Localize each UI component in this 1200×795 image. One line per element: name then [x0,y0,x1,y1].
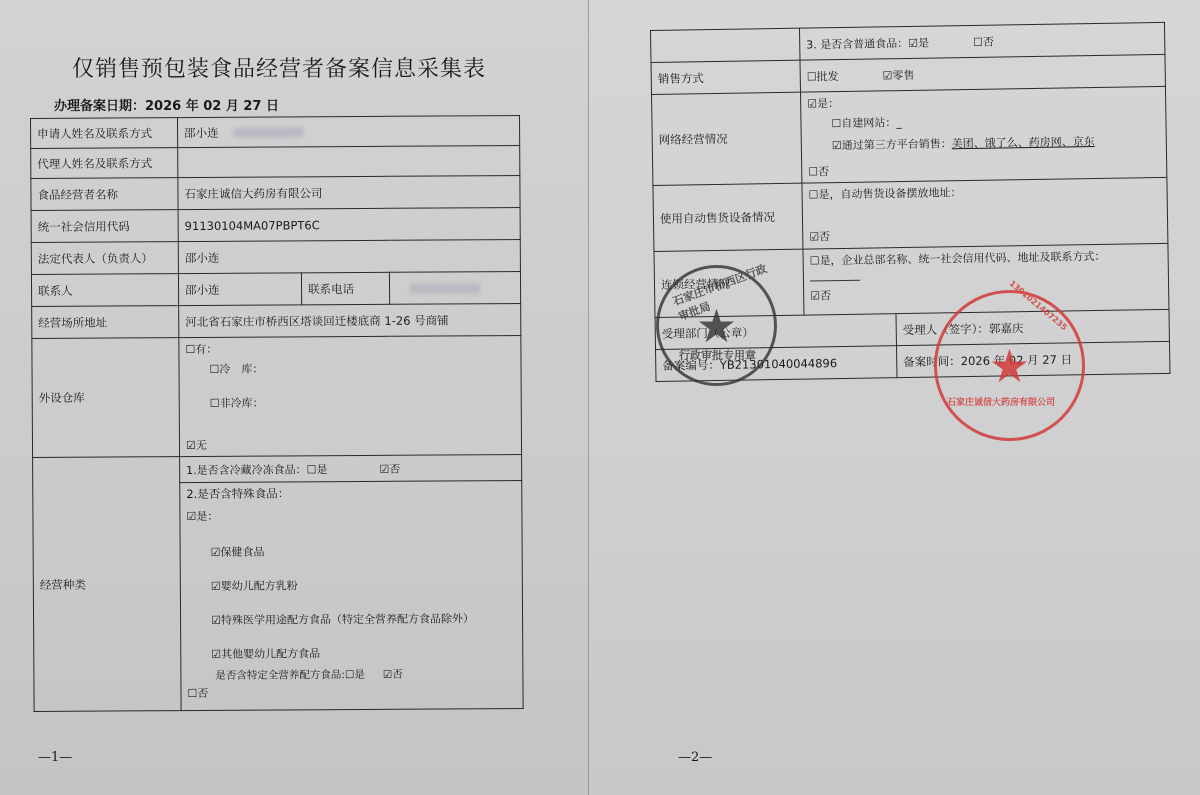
seal-company-text: 石家庄诚信大药房有限公司 [947,395,1055,408]
q2-block: 2.是否含特殊食品： ☑是： ☑保健食品 ☑婴幼儿配方乳粉 ☑特殊医学用途配方食… [180,481,523,711]
q1-row: 1.是否含冷藏冷冻食品：☐是☑否 [180,455,522,483]
online-no-checkbox[interactable]: ☐否 [808,158,1160,180]
document-title: 仅销售预包装食品经营者备案信息采集表 [72,52,486,83]
wholesale-checkbox[interactable]: ☐批发 [807,70,839,83]
retail-checkbox[interactable]: ☑零售 [883,68,915,81]
q2-item-health-food[interactable]: ☑保健食品 [187,542,516,560]
warehouse-label: 外设仓库 [32,338,180,458]
online-own-site-checkbox[interactable]: ☐自建网站：_ [807,110,1159,132]
warehouse-has-checkbox[interactable]: ☐有： [185,339,514,357]
credit-code-value: 91130104MA07PBPT6C [178,208,520,242]
q1-no-checkbox[interactable]: ☑否 [379,462,400,475]
redacted-phone [233,127,303,137]
online-yes-checkbox[interactable]: ☑是： [807,90,1159,112]
q1-yes-checkbox[interactable]: 1.是否含冷藏冷冻食品：☐是 [186,463,327,477]
contact-value: 邵小连 [178,273,301,306]
warehouse-noncold-checkbox[interactable]: ☐非冷库： [186,393,515,411]
q2-question: 2.是否含特殊食品： [186,484,515,502]
q3-no-checkbox[interactable]: ☐否 [973,35,994,48]
agent-value [178,146,520,178]
online-label: 网络经营情况 [652,92,802,185]
applicant-value: 邵小连 [178,116,520,148]
company-seal: 1301021407235 ★ 石家庄诚信大药房有限公司 [934,290,1085,441]
q2-item-infant-formula[interactable]: ☑婴幼儿配方乳粉 [187,576,516,594]
approval-bureau-seal: 石家庄市桥西区行政审批局 ★ 行政审批专用章 [656,265,777,386]
phone-value [389,272,520,305]
agent-label: 代理人姓名及联系方式 [31,148,178,179]
q2-item-other-infant[interactable]: ☑其他婴幼儿配方食品 [187,644,516,662]
operator-name-label: 食品经营者名称 [31,178,178,211]
vending-label: 使用自动售货设备情况 [653,183,803,251]
phone-label: 联系电话 [301,272,389,305]
q3-yes-checkbox[interactable]: 3. 是否含普通食品：☑是 [806,36,929,51]
legal-rep-label: 法定代表人（负责人） [31,242,178,275]
category-label: 经营种类 [33,457,182,712]
address-value: 河北省石家庄市桥西区塔谈回迁楼底商 1-26 号商铺 [179,304,521,338]
q3-label-cell [651,28,800,62]
chain-blank-line [810,268,860,282]
vending-options: ☐是，自动售货设备摆放地址： ☑否 [802,177,1168,249]
form-table-page-1: 申请人姓名及联系方式 邵小连 代理人姓名及联系方式 食品经营者名称 石家庄诚信大… [30,115,524,712]
q2-sub-question: 是否含特定全营养配方食品:☐是☑否 [187,666,516,683]
warehouse-none-checkbox[interactable]: ☑无 [186,435,515,453]
q2-sub-no-checkbox[interactable]: ☑否 [383,669,403,681]
redacted-phone [410,283,480,293]
q2-yes-checkbox[interactable]: ☑是： [186,506,515,524]
legal-rep-value: 邵小连 [178,240,520,274]
online-platforms: 美团、饿了么、药房网、京东 [952,135,1095,150]
filing-date: 办理备案日期：2026 年 02 月 27 日 [54,95,279,114]
operator-name-value: 石家庄诚信大药房有限公司 [178,176,520,210]
chain-yes-checkbox[interactable]: ☐是，企业总部名称、统一社会信用代码、地址及联系方式： [810,247,1162,269]
q2-item-medical-formula[interactable]: ☑特殊医学用途配方食品（特定全营养配方食品除外） [187,610,516,628]
vending-no-checkbox[interactable]: ☑否 [809,223,1161,245]
warehouse-options: ☐有： ☐冷 库： ☐非冷库： ☑无 [179,336,522,457]
credit-code-label: 统一社会信用代码 [31,210,178,243]
address-label: 经营场所地址 [32,306,179,339]
seal-sub-text: 行政审批专用章 [679,347,756,363]
page-number-2: —2— [678,750,712,765]
star-icon: ★ [989,343,1030,389]
contact-label: 联系人 [31,274,178,307]
page-number-1: —1— [38,750,72,765]
online-third-party-checkbox[interactable]: ☑通过第三方平台销售：美团、饿了么、药房网、京东 [808,132,1160,154]
q2-sub-yes-checkbox[interactable]: 是否含特定全营养配方食品:☐是 [215,669,365,682]
applicant-label: 申请人姓名及联系方式 [31,118,178,149]
q2-no-checkbox[interactable]: ☐否 [187,683,516,701]
online-options: ☑是： ☐自建网站：_ ☑通过第三方平台销售：美团、饿了么、药房网、京东 ☐否 [800,86,1166,183]
warehouse-cold-checkbox[interactable]: ☐冷 库： [185,359,514,377]
vending-yes-checkbox[interactable]: ☐是，自动售货设备摆放地址： [808,181,1160,203]
page-fold-divider [588,0,589,795]
sales-label: 销售方式 [651,60,800,94]
